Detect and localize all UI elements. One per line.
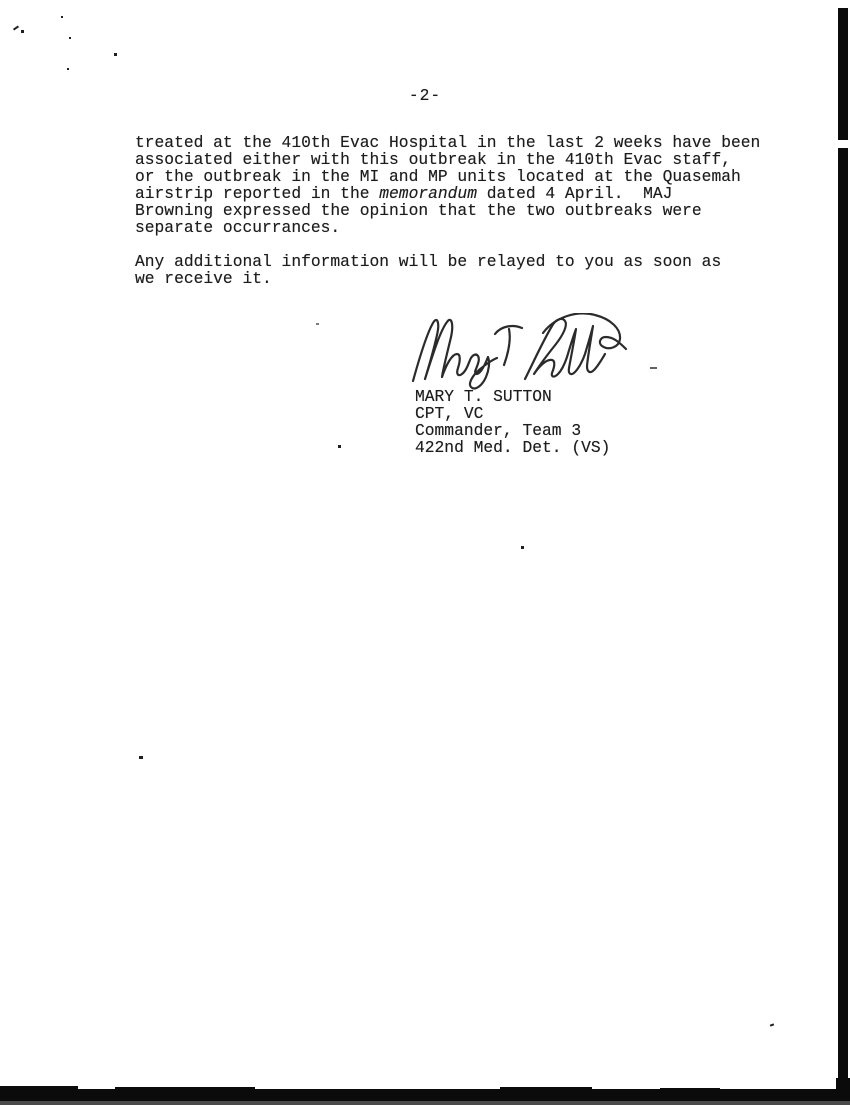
scan-edge-bottom-bar [0,1089,850,1101]
signature-block-name: MARY T. SUTTON [415,388,610,405]
signature-block-title: Commander, Team 3 [415,422,610,439]
paragraph-1-line-2: associated either with this outbreak in … [135,151,760,168]
scan-speck [114,53,117,56]
signature-stroke-sutton [525,319,605,379]
signature-stroke-mary [413,320,497,389]
body-paragraph-2: Any additional information will be relay… [135,253,721,287]
paragraph-1-line-3: or the outbreak in the MI and MP units l… [135,168,760,185]
scan-speck [770,1023,774,1026]
scan-edge-bottom-step [115,1087,255,1090]
scan-speck [521,546,524,549]
paragraph-2-line-1: Any additional information will be relay… [135,253,721,270]
scan-edge-right-gap [838,140,850,148]
scan-speck [67,68,69,70]
scan-speck [69,37,71,39]
scan-edge-right-bar [838,8,848,1105]
signature-block-rank: CPT, VC [415,405,610,422]
signature-stroke-t-stem [504,329,510,365]
paragraph-1-line-5: Browning expressed the opinion that the … [135,202,760,219]
scan-edge-bottom-step [0,1086,78,1090]
signature-block-unit: 422nd Med. Det. (VS) [415,439,610,456]
scan-speck [61,16,63,18]
scan-edge-bottom-step [660,1088,720,1090]
scan-speck [13,25,19,30]
body-paragraph-1: treated at the 410th Evac Hospital in th… [135,134,760,236]
scan-speck [21,30,24,33]
handwritten-signature [405,313,630,393]
page-number: -2- [0,86,850,105]
scan-speck [650,367,657,369]
scan-edge-bottom-step [500,1087,592,1090]
paragraph-1-line-1: treated at the 410th Evac Hospital in th… [135,134,760,151]
signature-block: MARY T. SUTTON CPT, VC Commander, Team 3… [415,388,610,456]
paragraph-1-line-4: airstrip reported in the memorandum date… [135,185,760,202]
scan-speck [338,445,341,448]
scanned-letter-page: -2- treated at the 410th Evac Hospital i… [0,0,850,1105]
paragraph-2-line-2: we receive it. [135,270,721,287]
scan-speck [139,756,143,759]
paragraph-1-line-6: separate occurrances. [135,219,760,236]
scan-edge-bottom-gray [0,1101,850,1105]
scan-speck [316,323,319,325]
